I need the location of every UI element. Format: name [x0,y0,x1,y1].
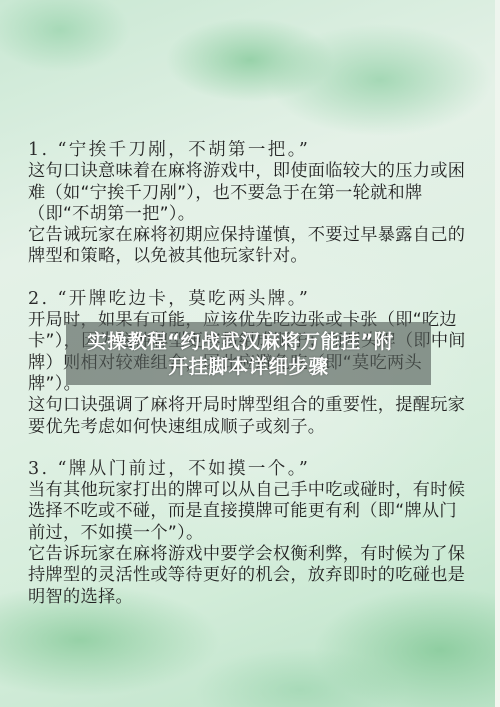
section-paragraph: 当有其他玩家打出的牌可以从自己手中吃或碰时，有时候 选择不吃或不碰，而是直接摸牌… [28,480,468,544]
section-heading: 1. “宁挨千刀剐，不胡第一把。” [28,140,468,161]
section-paragraph: 它告诫玩家在麻将初期应保持谨慎，不要过早暴露自己的 牌型和策略，以免被其他玩家针… [28,225,468,268]
section-3: 3. “牌从门前过，不如摸一个。” 当有其他玩家打出的牌可以从自己手中吃或碰时，… [28,459,468,608]
section-paragraph: 这句口诀意味着在麻将游戏中，即使面临较大的压力或困 难（如“宁挨千刀剐”），也不… [28,161,468,225]
section-spacer [28,268,468,289]
title-overlay-banner: 实操教程“约战武汉麻将万能挂”附 开挂脚本详细步骤 [66,322,431,385]
section-paragraph: 这句口诀强调了麻将开局时牌型组合的重要性，提醒玩家 要优先考虑如何快速组成顺子或… [28,395,468,438]
section-heading: 2. “开牌吃边卡，莫吃两头牌。” [28,289,468,310]
section-spacer [28,438,468,459]
section-1: 1. “宁挨千刀剐，不胡第一把。” 这句口诀意味着在麻将游戏中，即使面临较大的压… [28,140,468,268]
overlay-title-line-1: 实操教程“约战武汉麻将万能挂”附 [87,329,394,354]
right-edge-strip [495,0,500,707]
section-paragraph: 它告诉玩家在麻将游戏中要学会权衡利弊，有时候为了保 持牌型的灵活性或等待更好的机… [28,544,468,608]
overlay-title-line-2: 开挂脚本详细步骤 [168,354,328,379]
section-heading: 3. “牌从门前过，不如摸一个。” [28,459,468,480]
